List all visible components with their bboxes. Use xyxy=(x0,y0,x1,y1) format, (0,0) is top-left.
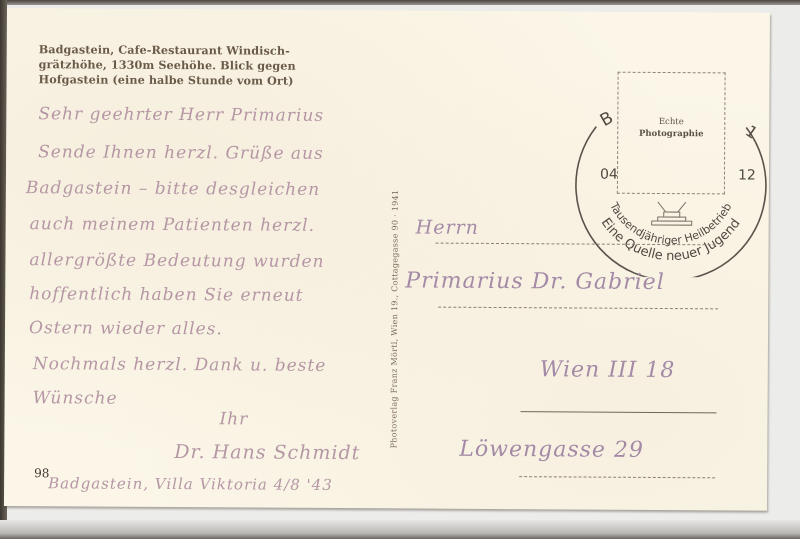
address-line-1: Herrn xyxy=(416,217,479,239)
spring-fountain-icon xyxy=(652,202,692,225)
postmark-left-number: 04 xyxy=(600,167,618,183)
message-line: auch meinem Patienten herzl. xyxy=(30,214,315,236)
postmark-right-number: 12 xyxy=(738,167,756,183)
message-line: Ostern wieder alles. xyxy=(29,318,223,339)
postmark-right-mark: 1 xyxy=(742,121,761,142)
message-line: Sende Ihnen herzl. Grüße aus xyxy=(38,142,324,164)
publisher-imprint: Photoverlag Franz Mörtl, Wien 19., Cotta… xyxy=(389,190,400,449)
address-rule xyxy=(521,411,717,413)
scan-edge-top xyxy=(0,0,800,5)
message-line: Wünsche xyxy=(33,388,118,409)
address-line-3: Wien III 18 xyxy=(540,357,676,383)
message-line: Ihr xyxy=(219,409,248,429)
message-line: allergrößte Bedeutung wurden xyxy=(29,250,324,272)
postmark: B 1 04 12 Tausendjähriger Heilbetrieb Ei… xyxy=(565,66,776,277)
address-line-2: Primarius Dr. Gabriel xyxy=(405,268,665,295)
caption-line: Hofgastein (eine halbe Stunde vom Ort) xyxy=(39,72,339,89)
signature: Dr. Hans Schmidt xyxy=(174,441,360,464)
postcard: Badgastein, Cafe-Restaurant Windisch- gr… xyxy=(4,8,770,511)
address-line-4: Löwengasse 29 xyxy=(459,437,644,463)
message-line: Sehr geehrter Herr Primarius xyxy=(38,104,324,126)
printed-caption: Badgastein, Cafe-Restaurant Windisch- gr… xyxy=(39,42,339,89)
scan-edge-bottom xyxy=(0,520,800,539)
sender-line: Badgastein, Villa Viktoria 4/8 '43 xyxy=(48,474,333,494)
message-line: hoffentlich haben Sie erneut xyxy=(29,284,303,306)
address-rule xyxy=(438,307,718,310)
address-rule xyxy=(519,476,715,478)
message-line: Nochmals herzl. Dank u. beste xyxy=(33,354,327,376)
postmark-top-letters: B xyxy=(597,108,617,131)
message-line: Badgastein – bitte desgleichen xyxy=(26,178,320,200)
